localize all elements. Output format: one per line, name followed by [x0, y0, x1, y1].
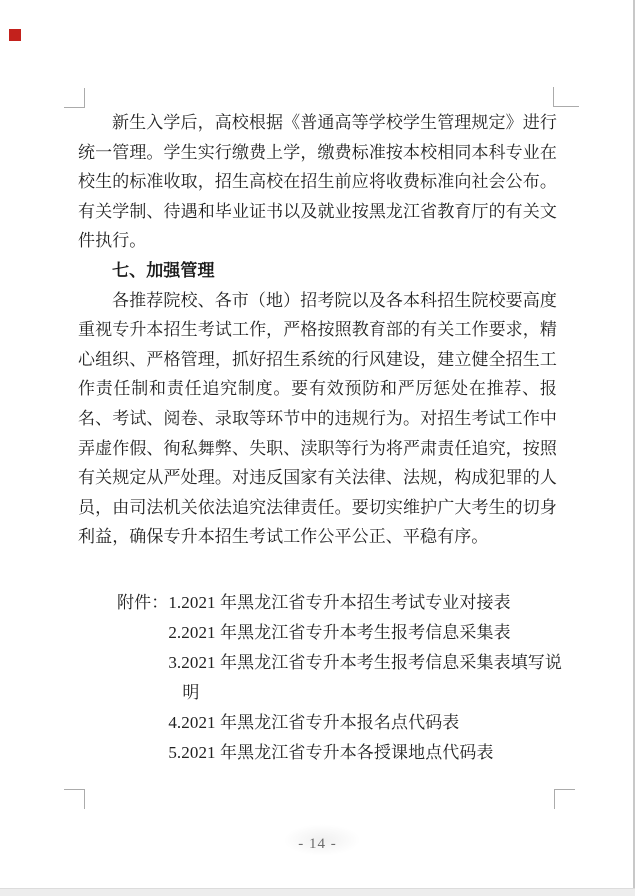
paragraph-admission-management: 新生入学后，高校根据《普通高等学校学生管理规定》进行统一管理。学生实行缴费上学，…: [78, 108, 557, 256]
attachment-item: 3.2021 年黑龙江省专升本考生报考信息采集表填写说明: [168, 648, 562, 708]
attachments-block: 附件： 1.2021 年黑龙江省专升本招生考试专业对接表 2.2021 年黑龙江…: [117, 588, 562, 768]
crop-mark-bottom-right: [554, 789, 575, 809]
attachment-item: 5.2021 年黑龙江省专升本各授课地点代码表: [168, 738, 562, 768]
body-text-block: 新生入学后，高校根据《普通高等学校学生管理规定》进行统一管理。学生实行缴费上学，…: [78, 108, 557, 552]
page-number: - 14 -: [0, 836, 635, 853]
red-square-marker: [9, 29, 21, 41]
document-page: 新生入学后，高校根据《普通高等学校学生管理规定》进行统一管理。学生实行缴费上学，…: [0, 0, 635, 896]
page-bottom-edge: [0, 888, 635, 896]
attachment-item: 2.2021 年黑龙江省专升本考生报考信息采集表: [168, 618, 562, 648]
paragraph-strengthen-management: 各推荐院校、各市（地）招考院以及各本科招生院校要高度重视专升本招生考试工作，严格…: [78, 286, 557, 552]
attachment-item: 4.2021 年黑龙江省专升本报名点代码表: [168, 708, 562, 738]
section-heading-strengthen-management: 七、加强管理: [78, 256, 557, 286]
crop-mark-bottom-left: [64, 789, 85, 809]
crop-mark-top-left: [64, 88, 85, 108]
attachments-list: 1.2021 年黑龙江省专升本招生考试专业对接表 2.2021 年黑龙江省专升本…: [168, 588, 562, 768]
attachments-label: 附件：: [117, 588, 168, 618]
attachment-item: 1.2021 年黑龙江省专升本招生考试专业对接表: [168, 588, 562, 618]
crop-mark-top-right: [553, 87, 579, 107]
